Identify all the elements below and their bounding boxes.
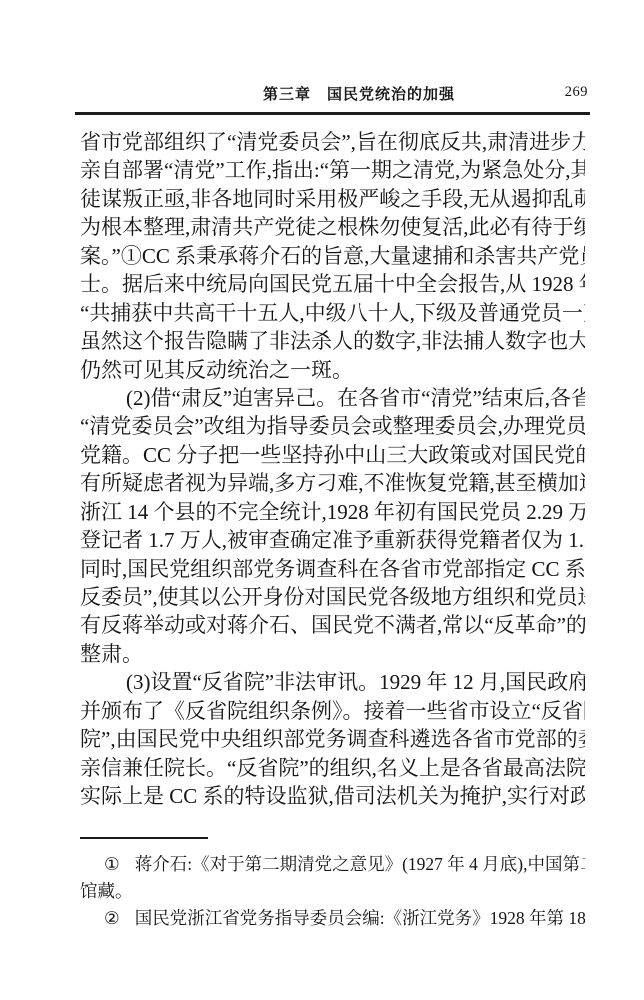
footnote-text: 蒋介石:《对于第二期清党之意见》(1927 年 4 月底),中国第二历史档案 [135,854,585,874]
text-line: 院”,由国民党中央组织部党务调查科遴选各省市党部的委员中二陈的 [80,725,585,753]
text-line: 有所疑虑者视为异端,多方刁难,不准恢复党籍,甚至横加迫害。据 [80,469,585,497]
text-line: 省市党部组织了“清党委员会”,旨在彻底反共,肃清进步力量。蒋介石 [80,128,585,156]
text-line: 案。”①CC 系秉承蒋介石的旨意,大量逮捕和杀害共产党员和进步人 [80,242,585,270]
footnotes: ①蒋介石:《对于第二期清党之意见》(1927 年 4 月底),中国第二历史档案馆… [80,851,585,932]
text-line: “共捕获中共高干十五人,中级八十人,下级及普通党员一万五千人”。 [80,299,585,327]
text-line: 徒谋叛正亟,非各地同时采用极严峻之手段,无从遏抑乱萌;第二期则 [80,185,585,213]
text-line: 反委员”,使其以公开身份对国民党各级地方组织和党员进行监视。对 [80,583,585,611]
paragraph: (2)借“肃反”迫害异己。在各省市“清党”结束后,各省市党部将“清党委员会”改组… [80,384,585,668]
book-page: 第三章 国民党统治的加强 269 省市党部组织了“清党委员会”,旨在彻底反共,肃… [0,0,644,1000]
footnote-line: 馆藏。 [80,878,585,905]
header-rule [75,112,590,115]
text-line: (3)设置“反省院”非法审讯。1929 年 12 月,国民政府立法院通过 [80,668,585,696]
footnote-marker: ② [104,905,120,932]
text-line: (2)借“肃反”迫害异己。在各省市“清党”结束后,各省市党部将 [80,384,585,412]
chapter-title: 第三章 国民党统治的加强 [263,83,455,104]
footnote-separator [80,837,208,839]
text-line: 有反蒋举动或对蒋介石、国民党不满者,常以“反革命”的罪名予以 [80,611,585,639]
text-line: 实际上是 CC 系的特设监狱,借司法机关为掩护,实行对政治犯的非法 [80,782,585,810]
paragraph: 省市党部组织了“清党委员会”,旨在彻底反共,肃清进步力量。蒋介石亲自部署“清党”… [80,128,585,384]
footnote-line: ②国民党浙江省党务指导委员会编:《浙江党务》1928 年第 18 期。 [80,905,585,932]
body-text: 省市党部组织了“清党委员会”,旨在彻底反共,肃清进步力量。蒋介石亲自部署“清党”… [80,128,585,811]
footnote-marker: ① [104,851,120,878]
text-line: 亲信兼任院长。“反省院”的组织,名义上是各省最高法院的一个机构, [80,754,585,782]
text-line: “清党委员会”改组为指导委员会或整理委员会,办理党员登记,确定 [80,412,585,440]
paragraph: (3)设置“反省院”非法审讯。1929 年 12 月,国民政府立法院通过并颁布了… [80,668,585,810]
text-line: 登记者 1.7 万人,被审查确定准予重新获得党籍者仅为 1.2 万人②。 [80,526,585,554]
text-line: 同时,国民党组织部党务调查科在各省市党部指定 CC 系的亲信为“肃 [80,555,585,583]
text-line: 并颁布了《反省院组织条例》。接着一些省市设立“反省院”或“感化 [80,697,585,725]
footnote-line: ①蒋介石:《对于第二期清党之意见》(1927 年 4 月底),中国第二历史档案 [80,851,585,878]
text-line: 党籍。CC 分子把一些坚持孙中山三大政策或对国民党的倒行逆施 [80,441,585,469]
text-line: 亲自部署“清党”工作,指出:“第一期之清党,为紧急处分,其时共产党 [80,156,585,184]
text-line: 浙江 14 个县的不完全统计,1928 年初有国民党员 2.29 万人,参加 [80,498,585,526]
text-line: 仍然可见其反动统治之一斑。 [80,356,585,384]
text-line: 为根本整理,肃清共产党徒之根株勿使复活,此必有待于缜密统一之方 [80,213,585,241]
footnote-text: 国民党浙江省党务指导委员会编:《浙江党务》1928 年第 18 期。 [135,908,585,928]
text-line: 虽然这个报告隐瞒了非法杀人的数字,非法捕人数字也大大缩小了,但 [80,327,585,355]
running-header: 第三章 国民党统治的加强 269 [75,83,590,105]
text-line: 整肃。 [80,640,585,668]
text-line: 士。据后来中统局向国民党五届十中全会报告,从 1928 年至 1930 年, [80,270,585,298]
page-number: 269 [565,84,588,101]
